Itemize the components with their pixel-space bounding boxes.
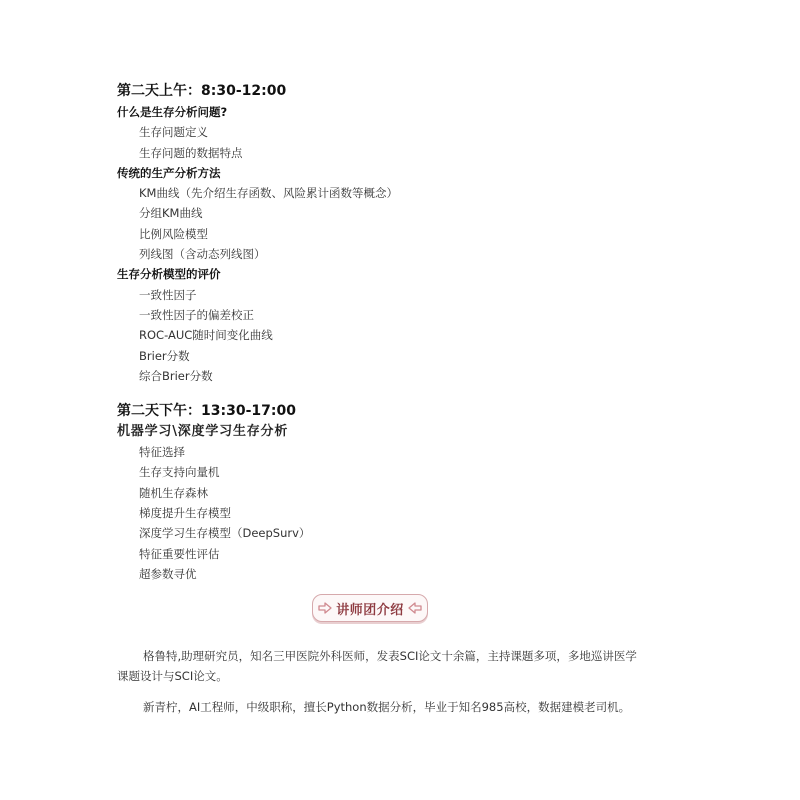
section-title: 机器学习\深度学习生存分析 xyxy=(117,422,637,442)
instructors-badge: 讲师团介绍 xyxy=(312,594,428,622)
list-item: 生存问题定义 xyxy=(117,122,637,142)
afternoon-heading: 第二天下午：13:30-17:00 xyxy=(117,400,637,422)
list-item: 生存问题的数据特点 xyxy=(117,143,637,163)
list-item: 一致性因子 xyxy=(117,285,637,305)
list-item: ROC-AUC随时间变化曲线 xyxy=(117,325,637,345)
section-title: 什么是生存分析问题? xyxy=(117,102,637,122)
schedule-content: 第二天上午：8:30-12:00 什么是生存分析问题? 生存问题定义 生存问题的… xyxy=(117,80,637,584)
list-item: 超参数寻优 xyxy=(117,564,637,584)
list-item: 特征选择 xyxy=(117,442,637,462)
list-item: Brier分数 xyxy=(117,346,637,366)
arrow-left-icon xyxy=(408,602,422,614)
list-item: 比例风险模型 xyxy=(117,224,637,244)
list-item: 列线图（含动态列线图） xyxy=(117,244,637,264)
list-item: KM曲线（先介绍生存函数、风险累计函数等概念） xyxy=(117,183,637,203)
instructors-badge-label: 讲师团介绍 xyxy=(336,599,404,618)
list-item: 一致性因子的偏差校正 xyxy=(117,305,637,325)
instructor-bio: 新青柠，AI工程师，中级职称，擅长Python数据分析，毕业于知名985高校，数… xyxy=(117,697,637,717)
list-item: 梯度提升生存模型 xyxy=(117,503,637,523)
list-item: 随机生存森林 xyxy=(117,483,637,503)
arrow-right-icon xyxy=(318,602,332,614)
list-item: 综合Brier分数 xyxy=(117,366,637,386)
instructors-banner: 讲师团介绍 xyxy=(312,594,428,622)
list-item: 深度学习生存模型（DeepSurv） xyxy=(117,523,637,543)
morning-heading: 第二天上午：8:30-12:00 xyxy=(117,80,637,102)
list-item: 分组KM曲线 xyxy=(117,203,637,223)
list-item: 特征重要性评估 xyxy=(117,544,637,564)
list-item: 生存支持向量机 xyxy=(117,462,637,482)
spacer xyxy=(117,386,637,400)
section-title: 生存分析模型的评价 xyxy=(117,264,637,284)
instructor-bio: 格鲁特,助理研究员，知名三甲医院外科医师，发表SCI论文十余篇，主持课题多项，多… xyxy=(117,646,637,686)
section-title: 传统的生产分析方法 xyxy=(117,163,637,183)
